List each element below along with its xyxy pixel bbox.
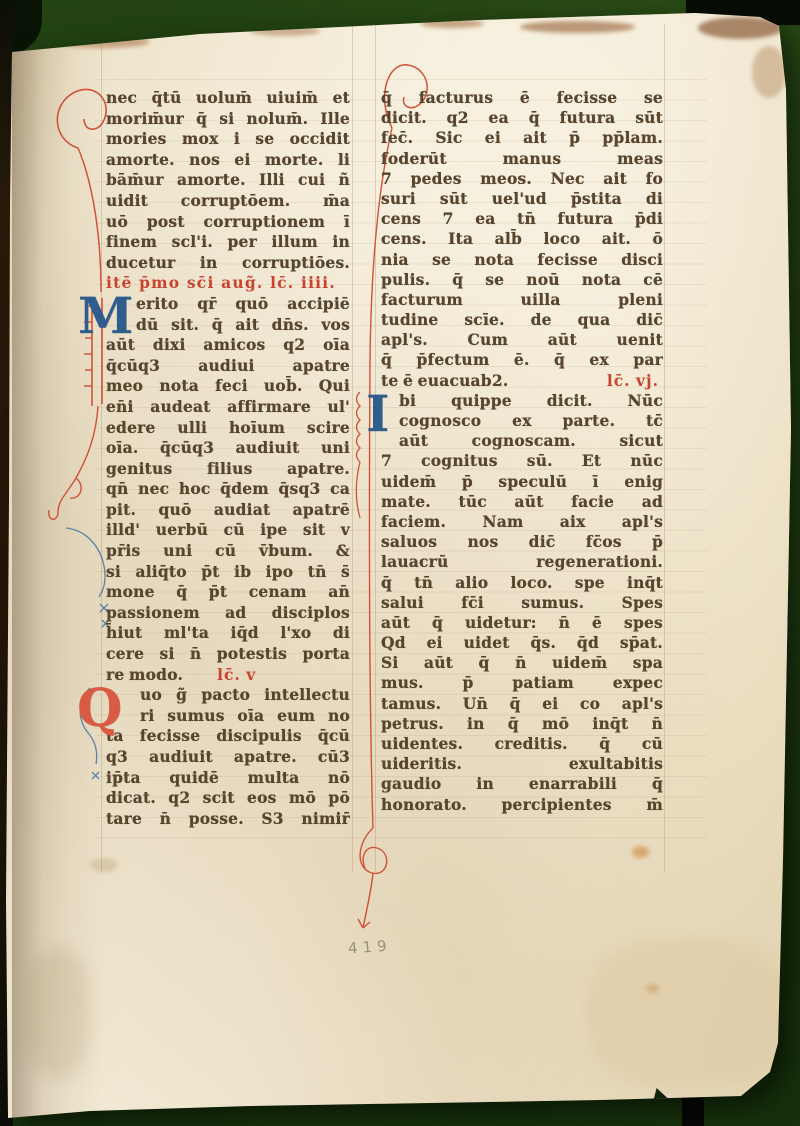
manuscript-text-line: cens 7 ea tn̄ futura p̄di [381, 209, 663, 229]
manuscript-text-line: uo g̃ pacto intellectu [106, 685, 350, 706]
manuscript-text-line: cere si n̄ potestis porta [106, 644, 350, 665]
manuscript-text-line: mories mox i se occidit [106, 129, 350, 150]
manuscript-text-line: q̄ tn̄ alio loco. spe inq̄t [381, 573, 663, 593]
manuscript-text-line: cens. Ita alb̄ loco ait. ō [381, 229, 663, 249]
manuscript-text-line: 7 pedes meos. Nec ait fo [381, 169, 663, 189]
illuminated-initial-i: I [366, 389, 389, 439]
manuscript-text-line: passionem ad disciplos [106, 603, 350, 624]
manuscript-text-line: pit. quō audiat apatrē [106, 500, 350, 521]
manuscript-text-line: mate. tūc aūt facie ad [381, 492, 663, 512]
ruling-vertical [101, 24, 102, 872]
manuscript-text-line: re modo. lc̄. v [106, 665, 350, 686]
manuscript-page-wrap: nec q̄tū uolum̄ uiuim̄ etmorim̄ur q̄ si … [0, 0, 800, 1126]
paragraph-lines: q̄ facturus ē fecisse sedicit. q2 ea q̄ … [381, 88, 663, 371]
manuscript-text-line: en̄i audeat affirmare ul' [106, 397, 350, 418]
manuscript-text-line: aūt dixi amicos q2 oīa [106, 335, 350, 356]
paragraph: Q uo g̃ pacto intellecturi sumus oīa eum… [106, 685, 350, 829]
manuscript-text-line: lauacrū regenerationi. [381, 552, 663, 572]
manuscript-text-line: h̄iut ml'ta iq̄d l'xo di [106, 623, 350, 644]
paragraph: M erito qr̄ quō accipiēdū sit. q̄ ait dn… [106, 294, 350, 685]
manuscript-text-line: tare n̄ posse. S3 nimir̄ [106, 809, 350, 830]
manuscript-text-line: uidit corruptōem. m̄a [106, 191, 350, 212]
paragraph: q̄ facturus ē fecisse sedicit. q2 ea q̄ … [381, 88, 663, 391]
manuscript-text-line: 7 cognitus sū. Et nūc [381, 451, 663, 471]
manuscript-text-line: q̄ facturus ē fecisse se [381, 88, 663, 108]
rubric-heading: lc̄. v [217, 665, 256, 686]
manuscript-text-line: apl's. Cum aūt uenit [381, 330, 663, 350]
manuscript-text-line: illd' uerbū cū ipe sit v [106, 520, 350, 541]
red-flourish-bottom-s [358, 828, 387, 928]
illuminated-initial-m: M [78, 291, 133, 341]
rubric-heading: itē p̄mo sc̄i aug̃. lc̄. iiii. [106, 273, 350, 294]
manuscript-text-line: uidem̄ p̄ speculū ī enig [381, 472, 663, 492]
manuscript-text-line: gaudio in enarrabili q̄ [381, 774, 663, 794]
manuscript-text-line: mus. p̄ patiam expec [381, 673, 663, 693]
manuscript-text-line: ta fecisse discipulis q̄cū [106, 726, 350, 747]
manuscript-text-line: uidentes. creditis. q̄ cū [381, 734, 663, 754]
manuscript-text-line: nia se nota fecisse disci [381, 250, 663, 270]
manuscript-text-line: q̄cūq3 audiui apatre [106, 356, 350, 377]
manuscript-text-line: facturum uilla pleni [381, 290, 663, 310]
manuscript-text-line: foderūt manus meas [381, 149, 663, 169]
stain [90, 858, 118, 872]
manuscript-text-line: erito qr̄ quō accipiē [106, 294, 350, 315]
manuscript-text-line: dicat. q2 scit eos mō pō [106, 788, 350, 809]
paragraph-lines: erito qr̄ quō accipiēdū sit. q̄ ait dn̄s… [106, 294, 350, 665]
stain [26, 948, 90, 1078]
photo-background: nec q̄tū uolum̄ uiuim̄ etmorim̄ur q̄ si … [0, 0, 800, 1126]
manuscript-text-line: dū sit. q̄ ait dn̄s. vos [106, 315, 350, 336]
manuscript-text-line: ducetur in corruptiōes. [106, 253, 350, 274]
manuscript-text-line: morim̄ur q̄ si nolum̄. Ille [106, 109, 350, 130]
manuscript-text-line: aūt q̄ uidetur: n̄ ē spes [381, 613, 663, 633]
manuscript-text-line: petrus. in q̄ mō inq̄t n̄ [381, 714, 663, 734]
manuscript-text-line: honorato. percipientes m̄ [381, 795, 663, 815]
rubric-heading: lc̄. vj. [607, 371, 659, 391]
manuscript-text-line: edere ulli hoīum scire [106, 418, 350, 439]
manuscript-text-line: Si aūt q̄ n̄ uidem̄ spa [381, 653, 663, 673]
stain [520, 21, 635, 33]
manuscript-text-line: pulis. q̄ se noū nota cē [381, 270, 663, 290]
manuscript-text-line: cognosco ex parte. tc̄ [381, 411, 663, 431]
folio-number-pencil: 419 [347, 936, 392, 957]
manuscript-text-line: meo nota feci uob̄. Qui [106, 376, 350, 397]
line-text: te ē euacuab2. [381, 371, 508, 391]
paragraph-lines: bi quippe dicit. Nūccognosco ex parte. t… [381, 391, 663, 815]
bottom-edge-notch [650, 1088, 672, 1114]
manuscript-text-line: pr̄is uni cū v̄bum. & [106, 541, 350, 562]
stain [55, 36, 150, 48]
stain [250, 26, 320, 36]
manuscript-text-line: tudine scīe. de qua dic̄ [381, 310, 663, 330]
manuscript-text-line: salui fc̄i sumus. Spes [381, 593, 663, 613]
manuscript-text-line: fec̄. Sic ei ait p̄ pp̄lam. [381, 128, 663, 148]
manuscript-text-line: tamus. Un̄ q̄ ei co apl's [381, 694, 663, 714]
stain [420, 19, 484, 28]
manuscript-text-line: oīa. q̄cūq3 audiuit uni [106, 438, 350, 459]
manuscript-text-line: nec q̄tū uolum̄ uiuim̄ et [106, 88, 350, 109]
paragraph: nec q̄tū uolum̄ uiuim̄ etmorim̄ur q̄ si … [106, 88, 350, 273]
stain [752, 46, 786, 98]
manuscript-text-line: uideritis. exultabitis [381, 754, 663, 774]
paragraph-lines: nec q̄tū uolum̄ uiuim̄ etmorim̄ur q̄ si … [106, 88, 350, 273]
manuscript-text-line: bām̄ur amorte. Illi cui ñ [106, 170, 350, 191]
paragraph: I bi quippe dicit. Nūccognosco ex parte.… [381, 391, 663, 815]
illuminated-initial-q: Q [77, 683, 122, 735]
stain [588, 938, 788, 1088]
manuscript-text-line: faciem. Nam aix apl's [381, 512, 663, 532]
ruling-vertical [352, 24, 353, 872]
ruling-vertical [664, 24, 665, 872]
manuscript-text-line: amorte. nos ei morte. li [106, 150, 350, 171]
stain [632, 846, 649, 858]
manuscript-text-line: Qd ei uidet q̄s. q̄d sp̄at. [381, 633, 663, 653]
manuscript-text-line: mone q̄ p̄t cenam an̄ [106, 582, 350, 603]
manuscript-text-line: suri sūt uel'ud p̄stita di [381, 189, 663, 209]
manuscript-text-line: saluos nos dic̄ fc̄os p̄ [381, 532, 663, 552]
manuscript-text-line: te ē euacuab2. lc̄. vj. [381, 371, 663, 391]
stain [698, 17, 783, 39]
manuscript-text-line: ip̄ta quidē multa nō [106, 768, 350, 789]
paragraph-lines: uo g̃ pacto intellecturi sumus oīa eum n… [106, 685, 350, 829]
manuscript-text-line: q3 audiuit apatre. cū3 [106, 747, 350, 768]
text-column-right: q̄ facturus ē fecisse sedicit. q2 ea q̄ … [381, 88, 663, 815]
manuscript-text-line: finem scl'i. per illum in [106, 232, 350, 253]
manuscript-text-line: qn̄ nec hoc q̄dem q̄sq3 ca [106, 479, 350, 500]
text-column-left: nec q̄tū uolum̄ uiuim̄ etmorim̄ur q̄ si … [106, 88, 350, 829]
manuscript-text-line: genitus filius apatre. [106, 459, 350, 480]
manuscript-text-line: dicit. q2 ea q̄ futura sūt [381, 108, 663, 128]
manuscript-text-line: ri sumus oīa eum no [106, 706, 350, 727]
manuscript-page: nec q̄tū uolum̄ uiuim̄ etmorim̄ur q̄ si … [0, 0, 800, 1126]
ruling-vertical [375, 24, 376, 872]
manuscript-text-line: si aliq̄to p̄t ib ipo tn̄ s̄ [106, 562, 350, 583]
manuscript-text-line: q̄ p̄fectum ē. q̄ ex par [381, 350, 663, 370]
manuscript-text-line: aūt cognoscam. sicut [381, 431, 663, 451]
manuscript-text-line: bi quippe dicit. Nūc [381, 391, 663, 411]
manuscript-text-line: uō post corruptionem ī [106, 212, 350, 233]
